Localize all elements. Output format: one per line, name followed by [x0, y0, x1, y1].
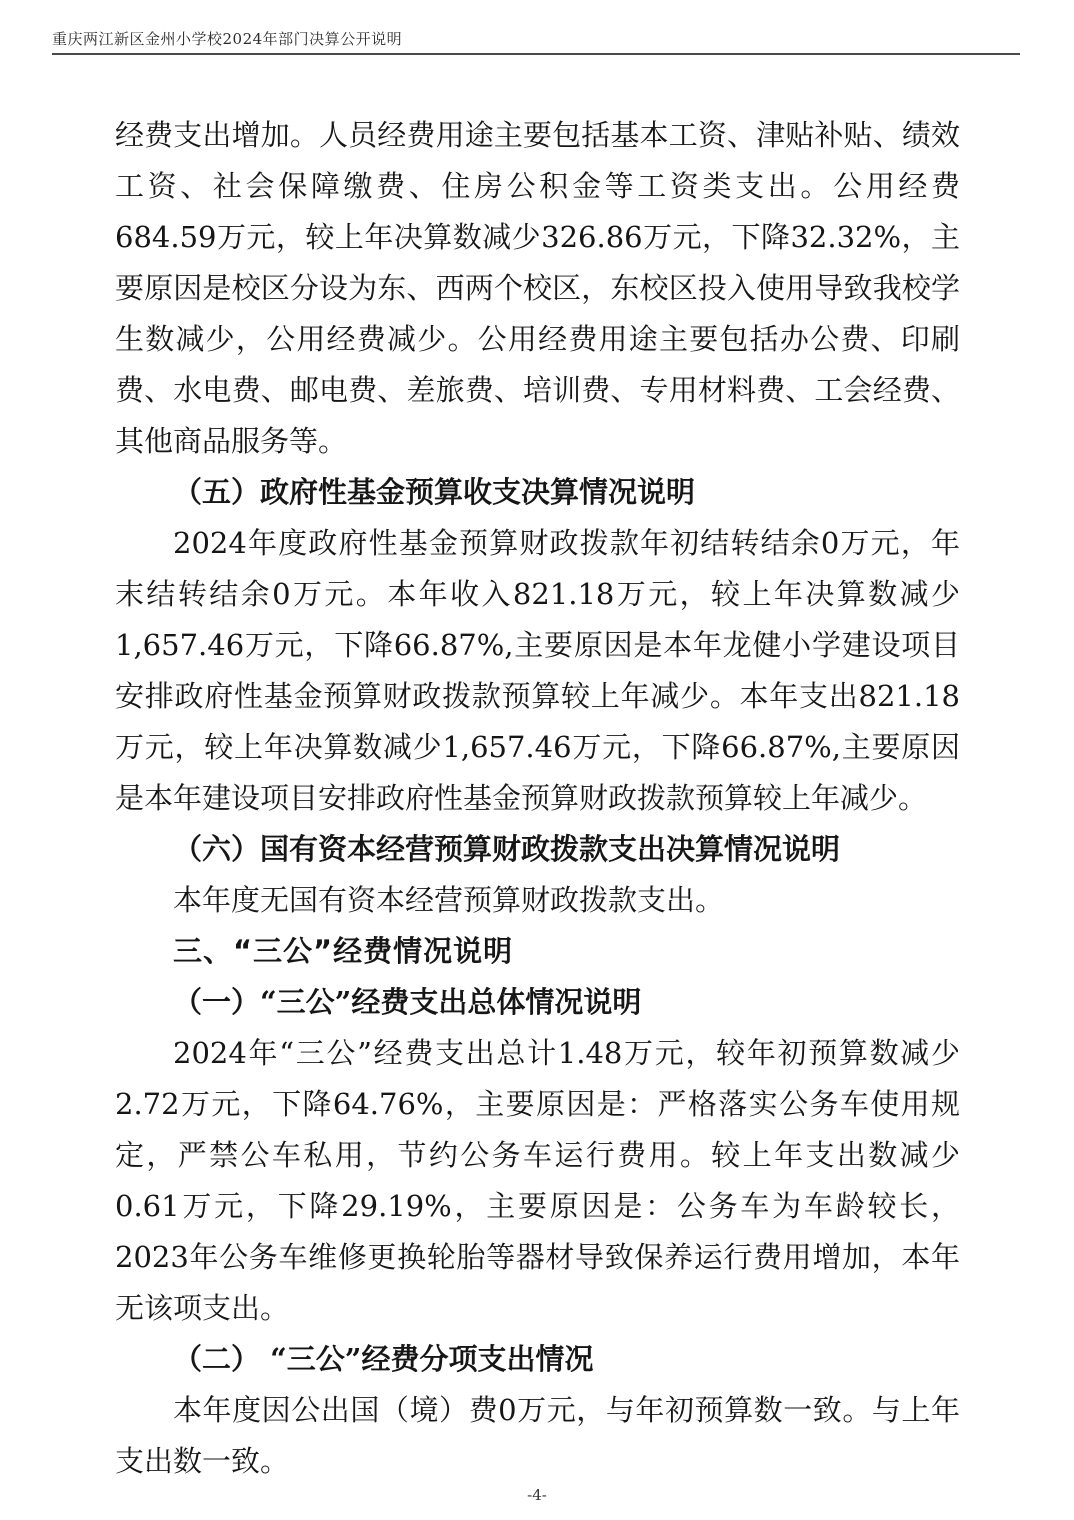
page-number: -4- — [527, 1486, 547, 1504]
sub-section-heading: （六）国有资本经营预算财政拨款支出决算情况说明 — [115, 824, 960, 875]
sub-section-heading: （五）政府性基金预算收支决算情况说明 — [115, 467, 960, 518]
body-paragraph: 2024年“三公”经费支出总计1.48万元，较年初预算数减少2.72万元，下降6… — [115, 1028, 960, 1334]
body-paragraph: 本年度无国有资本经营预算财政拨款支出。 — [115, 875, 960, 926]
header-title: 重庆两江新区金州小学校2024年部门决算公开说明 — [52, 30, 402, 48]
body-paragraph: 本年度因公出国（境）费0万元，与年初预算数一致。与上年支出数一致。 — [115, 1385, 960, 1487]
body-paragraph-continued: 经费支出增加。人员经费用途主要包括基本工资、津贴补贴、绩效工资、社会保障缴费、住… — [115, 110, 960, 467]
document-body: 经费支出增加。人员经费用途主要包括基本工资、津贴补贴、绩效工资、社会保障缴费、住… — [115, 110, 960, 1487]
page-header: 重庆两江新区金州小学校2024年部门决算公开说明 — [52, 30, 1020, 55]
document-page: 重庆两江新区金州小学校2024年部门决算公开说明 经费支出增加。人员经费用途主要… — [0, 0, 1074, 1520]
page-footer: -4- — [0, 1486, 1074, 1504]
section-heading: 三、“三公”经费情况说明 — [115, 926, 960, 977]
sub-section-heading: （二） “三公”经费分项支出情况 — [115, 1334, 960, 1385]
body-paragraph: 2024年度政府性基金预算财政拨款年初结转结余0万元，年末结转结余0万元。本年收… — [115, 518, 960, 824]
sub-section-heading: （一）“三公”经费支出总体情况说明 — [115, 977, 960, 1028]
